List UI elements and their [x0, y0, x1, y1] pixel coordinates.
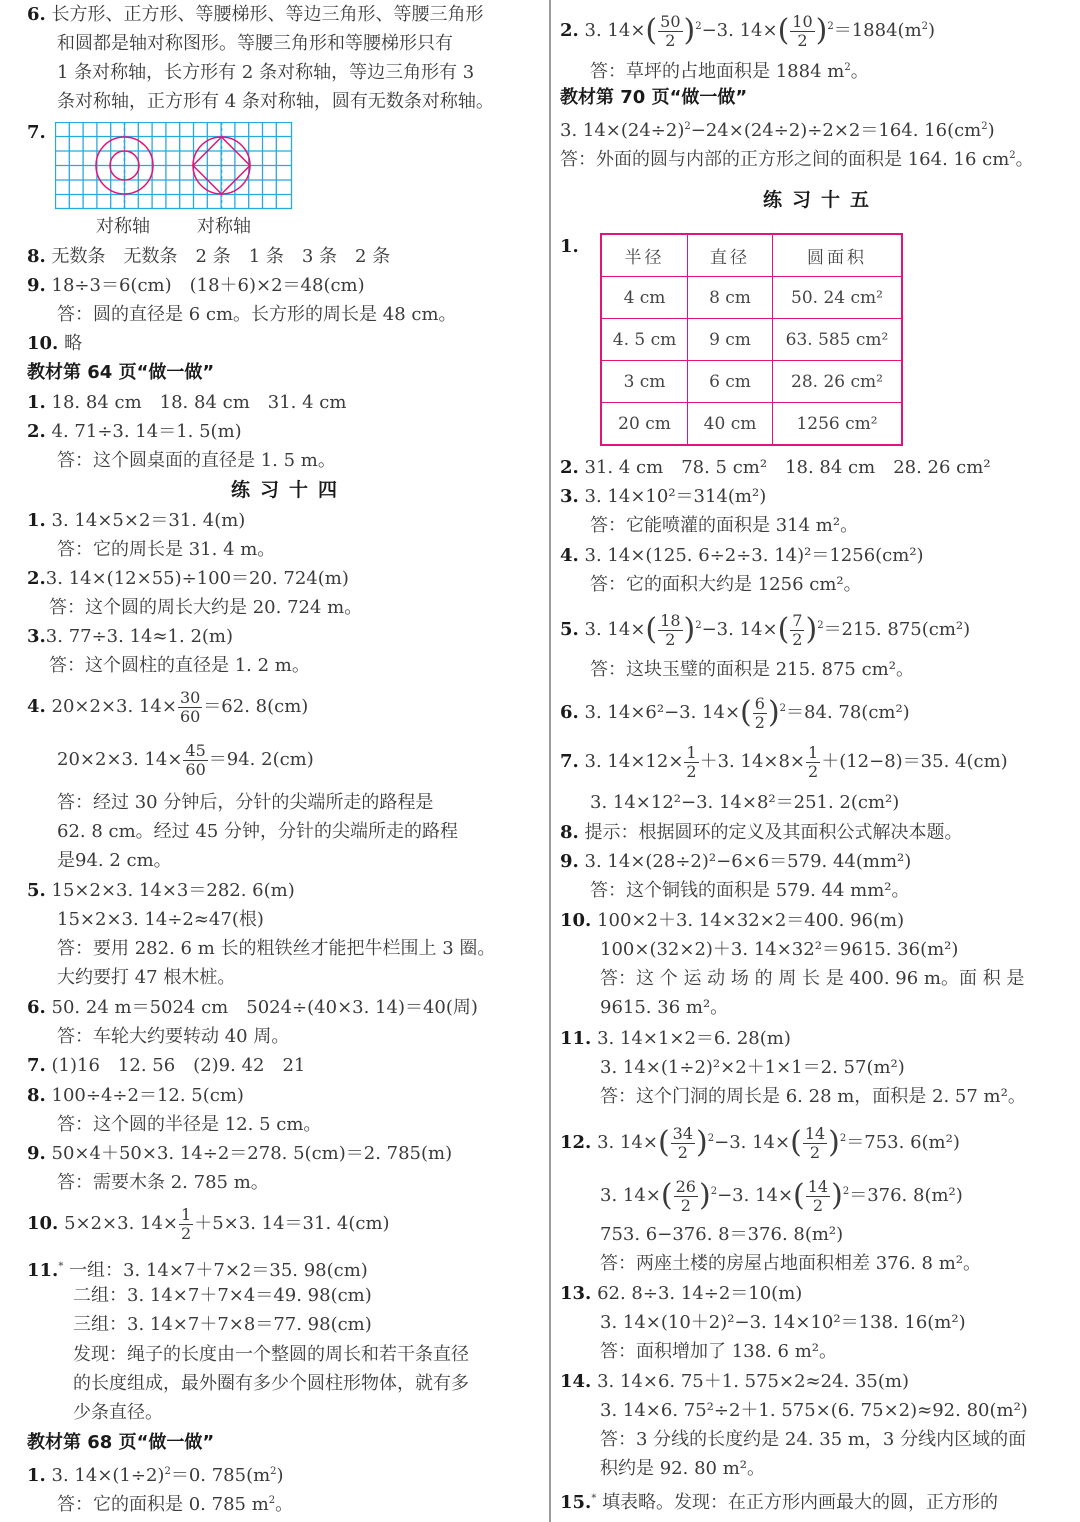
- ex14-q11-line-3: 三组：3. 14×7＋7×8＝77. 98(cm): [27, 1310, 372, 1339]
- table-cell: 50. 24 cm²: [773, 277, 903, 319]
- table-header-row: 半径 直径 圆面积: [601, 234, 902, 277]
- ex14-q5-line-2: 15×2×3. 14÷2≈47(根): [27, 905, 264, 934]
- exercise-15-title: 练习十五: [763, 186, 879, 215]
- section-title-p64: 教材第 64 页“做一做”: [27, 358, 214, 387]
- section-title-p70: 教材第 70 页“做一做”: [560, 83, 747, 112]
- ex15-q10-line-1: 10. 100×2＋3. 14×32×2＝400. 96(m): [560, 906, 904, 935]
- ex15-q12-line-3: 753. 6−376. 8＝376. 8(m²): [560, 1220, 843, 1249]
- table-cell: 40 cm: [688, 403, 773, 446]
- fraction: 12: [684, 744, 698, 781]
- ex14-q8: 8. 100÷4÷2＝12. 5(cm): [27, 1081, 244, 1110]
- ex15-q14-answer-2: 积约是 92. 80 m²。: [560, 1454, 765, 1483]
- fraction: 62: [753, 695, 767, 732]
- circle-data-table: 半径 直径 圆面积 4 cm 8 cm 50. 24 cm² 4. 5 cm 9…: [600, 233, 903, 446]
- q9-answer: 答：圆的直径是 6 cm。长方形的周长是 48 cm。: [27, 300, 457, 329]
- exercise-14-title: 练习十四: [231, 476, 347, 505]
- ex15-q12-line-1: 12. 3. 14×(342)2−3. 14×(142)2＝753. 6(m²): [560, 1116, 960, 1162]
- ex14-q9: 9. 50×4＋50×3. 14÷2＝278. 5(cm)＝2. 785(m): [27, 1139, 452, 1168]
- ex14-q6-answer: 答：车轮大约要转动 40 周。: [27, 1022, 289, 1051]
- table-row: 20 cm 40 cm 1256 cm²: [601, 403, 902, 446]
- q6-line-3: 1 条对称轴，长方形有 2 条对称轴，等边三角形有 3: [27, 58, 474, 87]
- section-title-p68: 教材第 68 页“做一做”: [27, 1428, 214, 1457]
- ex15-q10-line-4: 9615. 36 m²。: [560, 993, 728, 1022]
- table-cell: 3 cm: [601, 361, 688, 403]
- table-cell: 6 cm: [688, 361, 773, 403]
- p68-q1-answer: 答：它的面积是 0. 785 m2。: [27, 1486, 293, 1515]
- fraction: 182: [658, 612, 682, 649]
- q6-line-1: 6. 长方形、正方形、等腰梯形、等边三角形、等腰三角形: [27, 0, 484, 29]
- ex15-q11-line-3: 答：这个门洞的周长是 6. 28 m，面积是 2. 57 m²。: [560, 1082, 1026, 1111]
- table-cell: 63. 585 cm²: [773, 319, 903, 361]
- header-radius: 半径: [601, 234, 688, 277]
- ex15-q10-line-2: 100×(32×2)＋3. 14×32²＝9615. 36(m²): [560, 935, 958, 964]
- ex14-q4-answer-1: 答：经过 30 分钟后，分针的尖端所走的路程是: [27, 788, 433, 817]
- fraction: 3060: [178, 689, 202, 726]
- ex15-q12-line-2: 3. 14×(262)2−3. 14×(142)2＝376. 8(m²): [560, 1169, 963, 1215]
- fraction: 262: [674, 1178, 698, 1215]
- ex15-q4-answer: 答：它的面积大约是 1256 cm²。: [560, 570, 862, 599]
- p64-q2-answer: 答：这个圆桌面的直径是 1. 5 m。: [27, 446, 336, 475]
- ex15-q14-line-1: 14. 3. 14×6. 75＋1. 575×2≈24. 35(m): [560, 1367, 909, 1396]
- ex14-q11-line-6: 少条直径。: [27, 1398, 163, 1427]
- ex15-q13-answer: 答：面积增加了 138. 6 m²。: [560, 1337, 837, 1366]
- axis-caption-2: 对称轴: [197, 212, 251, 238]
- p64-q2: 2. 4. 71÷3. 14＝1. 5(m): [27, 417, 242, 446]
- header-diameter: 直径: [688, 234, 773, 277]
- header-area: 圆面积: [773, 234, 903, 277]
- ex15-q11-line-2: 3. 14×(1÷2)²×2＋1×1＝2. 57(m²): [560, 1053, 905, 1082]
- ex14-q6: 6. 50. 24 m＝5024 cm 5024÷(40×3. 14)＝40(周…: [27, 993, 478, 1022]
- ex14-q11-line-2: 二组：3. 14×7＋7×4＝49. 98(cm): [27, 1281, 372, 1310]
- ex15-q12-answer: 答：两座土楼的房屋占地面积相差 376. 8 m²。: [560, 1249, 981, 1278]
- ex15-q5: 5. 3. 14×(182)2−3. 14×(72)2＝215. 875(cm²…: [560, 603, 970, 649]
- ex15-q3: 3. 3. 14×10²＝314(m²): [560, 482, 766, 511]
- q8: 8. 无数条 无数条 2 条 1 条 3 条 2 条: [27, 242, 390, 271]
- ex15-q1-number: 1.: [560, 232, 579, 261]
- ex14-q2: 2.3. 14×(12×55)÷100＝20. 724(m): [27, 564, 349, 593]
- q6-line-2: 和圆都是轴对称图形。等腰三角形和等腰梯形只有: [27, 29, 453, 58]
- table-cell: 9 cm: [688, 319, 773, 361]
- ex15-q9: 9. 3. 14×(28÷2)²−6×6＝579. 44(mm²): [560, 847, 911, 876]
- fraction: 4560: [183, 742, 207, 779]
- ex14-q9-answer: 答：需要木条 2. 785 m。: [27, 1168, 269, 1197]
- table-cell: 4 cm: [601, 277, 688, 319]
- ex15-q8: 8. 提示：根据圆环的定义及其面积公式解决本题。: [560, 818, 963, 847]
- ex14-q4-answer-2: 62. 8 cm。经过 45 分钟，分针的尖端所走的路程: [27, 817, 458, 846]
- ex15-q11-line-1: 11. 3. 14×1×2＝6. 28(m): [560, 1024, 791, 1053]
- ex15-q13-line-2: 3. 14×(10＋2)²−3. 14×10²＝138. 16(m²): [560, 1308, 966, 1337]
- table-cell: 20 cm: [601, 403, 688, 446]
- ex14-q10: 10. 5×2×3. 14×12＋5×3. 14＝31. 4(cm): [27, 1201, 390, 1247]
- ex15-q7-line-2: 3. 14×12²−3. 14×8²＝251. 2(cm²): [560, 788, 899, 817]
- p70-formula: 3. 14×(24÷2)2−24×(24÷2)÷2×2＝164. 16(cm2): [560, 112, 995, 141]
- ex14-q4-line-1: 4. 20×2×3. 14×3060＝62. 8(cm): [27, 684, 308, 730]
- q7-number: 7.: [27, 118, 46, 147]
- p68-q1: 1. 3. 14×(1÷2)2＝0. 785(m2): [27, 1457, 284, 1486]
- fraction: 72: [790, 612, 804, 649]
- ex15-q4: 4. 3. 14×(125. 6÷2÷3. 14)²＝1256(cm²): [560, 541, 924, 570]
- ex15-q10-line-3: 答：这 个 运 动 场 的 周 长 是 400. 96 m。面 积 是: [560, 964, 1024, 993]
- fraction: 502: [658, 13, 682, 50]
- fraction: 102: [790, 13, 814, 50]
- ex15-q15: 15.* 填表略。发现：在正方形内画最大的圆，正方形的: [560, 1484, 998, 1513]
- ex15-q2: 2. 31. 4 cm 78. 5 cm² 18. 84 cm 28. 26 c…: [560, 453, 991, 482]
- ex15-q3-answer: 答：它能喷灌的面积是 314 m²。: [560, 511, 858, 540]
- ex14-q4-line-2: 20×2×3. 14×4560＝94. 2(cm): [27, 737, 314, 783]
- rc-q2-answer: 答：草坪的占地面积是 1884 m2。: [560, 53, 869, 82]
- ex14-q3-answer: 答：这个圆柱的直径是 1. 2 m。: [27, 651, 310, 680]
- ex14-q4-answer-3: 是94. 2 cm。: [27, 846, 172, 875]
- ex14-q8-answer: 答：这个圆的半径是 12. 5 cm。: [27, 1110, 321, 1139]
- q10: 10. 略: [27, 329, 82, 358]
- ex14-q11-line-4: 发现：绳子的长度由一个整圆的周长和若干条直径: [27, 1340, 469, 1369]
- symmetry-grid-figure: [55, 122, 302, 210]
- ex14-q11-line-1: 11.* 一组：3. 14×7＋7×2＝35. 98(cm): [27, 1252, 368, 1281]
- fraction: 142: [803, 1125, 827, 1162]
- table-cell: 8 cm: [688, 277, 773, 319]
- ex14-q1-answer: 答：它的周长是 31. 4 m。: [27, 535, 275, 564]
- table-row: 3 cm 6 cm 28. 26 cm²: [601, 361, 902, 403]
- ex14-q7: 7. (1)16 12. 56 (2)9. 42 21: [27, 1051, 305, 1080]
- ex15-q5-answer: 答：这块玉璧的面积是 215. 875 cm²。: [560, 655, 914, 684]
- ex14-q11-line-5: 的长度组成，最外圈有多少个圆柱形物体，就有多: [27, 1369, 469, 1398]
- fraction: 142: [806, 1178, 830, 1215]
- ex14-q2-answer: 答：这个圆的周长大约是 20. 724 m。: [27, 593, 362, 622]
- ex14-q3: 3.3. 77÷3. 14≈1. 2(m): [27, 622, 233, 651]
- ex15-q7: 7. 3. 14×12×12＋3. 14×8×12＋(12−8)＝35. 4(c…: [560, 739, 1008, 785]
- p64-q1: 1. 18. 84 cm 18. 84 cm 31. 4 cm: [27, 388, 346, 417]
- fraction: 12: [806, 744, 820, 781]
- fraction: 342: [671, 1125, 695, 1162]
- table-row: 4. 5 cm 9 cm 63. 585 cm²: [601, 319, 902, 361]
- table-cell: 1256 cm²: [773, 403, 903, 446]
- ex14-q5-line-1: 5. 15×2×3. 14×3＝282. 6(m): [27, 876, 295, 905]
- q9: 9. 18÷3＝6(cm) (18＋6)×2＝48(cm): [27, 271, 365, 300]
- table-cell: 4. 5 cm: [601, 319, 688, 361]
- ex14-q1: 1. 3. 14×5×2＝31. 4(m): [27, 506, 245, 535]
- rc-q2: 2. 3. 14×(502)2−3. 14×(102)2＝1884(m2): [560, 4, 935, 50]
- ex15-q14-line-2: 3. 14×6. 75²÷2＋1. 575×(6. 75×2)≈92. 80(m…: [560, 1396, 1028, 1425]
- table-row: 4 cm 8 cm 50. 24 cm²: [601, 277, 902, 319]
- q6-line-4: 条对称轴，正方形有 4 条对称轴，圆有无数条对称轴。: [27, 87, 494, 116]
- axis-caption-1: 对称轴: [96, 212, 150, 238]
- p70-answer: 答：外面的圆与内部的正方形之间的面积是 164. 16 cm2。: [560, 141, 1034, 170]
- column-divider: [549, 0, 551, 1522]
- fraction: 12: [179, 1206, 193, 1243]
- ex14-q5-line-3: 答：要用 282. 6 m 长的粗铁丝才能把牛栏围上 3 圈。: [27, 934, 495, 963]
- ex15-q6: 6. 3. 14×6²−3. 14×(62)2＝84. 78(cm²): [560, 686, 910, 732]
- table-cell: 28. 26 cm²: [773, 361, 903, 403]
- ex15-q13-line-1: 13. 62. 8÷3. 14÷2＝10(m): [560, 1279, 802, 1308]
- ex15-q9-answer: 答：这个铜钱的面积是 579. 44 mm²。: [560, 876, 910, 905]
- ex15-q14-answer-1: 答：3 分线的长度约是 24. 35 m，3 分线内区域的面: [560, 1425, 1026, 1454]
- ex14-q5-line-4: 大约要打 47 根木桩。: [27, 963, 235, 992]
